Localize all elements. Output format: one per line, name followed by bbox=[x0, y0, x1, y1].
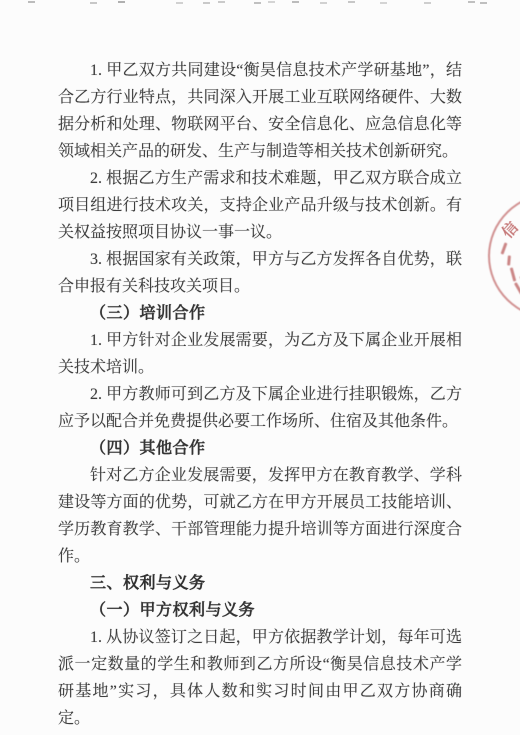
scanned-document-page: 1. 甲乙双方共同建设“衡昊信息技术产学研基地”，结合乙方行业特点，共同深入开展… bbox=[0, 0, 520, 735]
page-number: 2 bbox=[0, 679, 520, 694]
heading-rights-obligations: 三、权利与义务 bbox=[58, 570, 462, 597]
seal-ring bbox=[488, 193, 520, 319]
heading-other-cooperation: （四）其他合作 bbox=[58, 435, 462, 462]
heading-training-cooperation: （三）培训合作 bbox=[58, 300, 462, 327]
clause-teacher-secondment-paragraph: 2. 甲方教师可到乙方及下属企业进行挂职锻炼，乙方应予以配合并免费提供必要工作场… bbox=[58, 381, 462, 435]
clause-deep-cooperation-paragraph: 针对乙方企业发展需要，发挥甲方在教育教学、学科建设等方面的优势，可就乙方在甲方开… bbox=[58, 462, 462, 570]
clause-internship-paragraph: 1. 从协议签订之日起，甲方依据教学计划，每年可选派一定数量的学生和教师到乙方所… bbox=[58, 624, 462, 732]
clause-cooperation-base-paragraph: 1. 甲乙双方共同建设“衡昊信息技术产学研基地”，结合乙方行业特点，共同深入开展… bbox=[58, 57, 462, 165]
clause-joint-project-paragraph: 2. 根据乙方生产需求和技术难题，甲乙双方联合成立项目组进行技术攻关，支持企业产… bbox=[58, 165, 462, 246]
seal-stroke bbox=[510, 267, 517, 281]
clause-joint-application-paragraph: 3. 根据国家有关政策，甲方与乙方发挥各自优势，联合申报有关科技攻关项目。 bbox=[58, 246, 462, 300]
seal-stroke bbox=[501, 242, 508, 254]
seal-stroke bbox=[514, 282, 520, 295]
seal-stroke bbox=[507, 255, 511, 265]
clause-technical-training-paragraph: 1. 甲方针对企业发展需要，为乙方及下属企业开展相关技术培训。 bbox=[58, 327, 462, 381]
red-seal-stamp-icon: 信 bbox=[488, 193, 520, 319]
scan-artifacts bbox=[28, 1, 35, 3]
seal-character: 信 bbox=[497, 217, 520, 242]
document-content: 1. 甲乙双方共同建设“衡昊信息技术产学研基地”，结合乙方行业特点，共同深入开展… bbox=[58, 57, 462, 732]
heading-party-a-rights: （一）甲方权利与义务 bbox=[58, 597, 462, 624]
